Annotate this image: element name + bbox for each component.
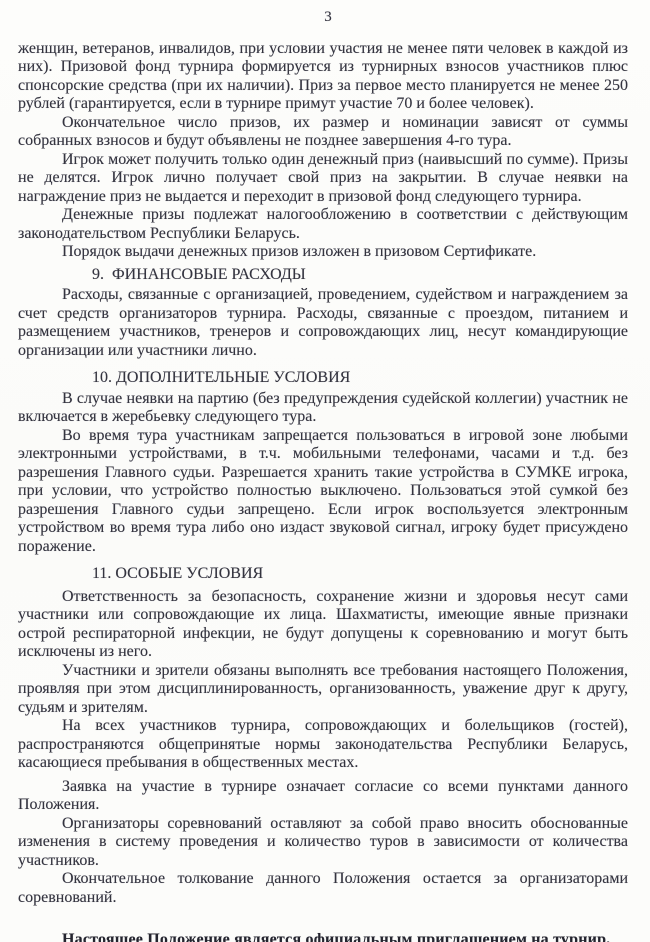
paragraph-prize-single: Игрок может получить только один денежны…: [18, 151, 628, 207]
paragraph-prize-certificate: Порядок выдачи денежных призов изложен в…: [18, 243, 628, 262]
paragraph-prize-count: Окончательное число призов, их размер и …: [18, 114, 628, 151]
paragraph-discipline: Участники и зрители обязаны выполнять вс…: [18, 662, 628, 718]
closing-statement: Настоящее Положение является официальным…: [18, 931, 628, 942]
section-heading-10-additional-conditions: 10. ДОПОЛНИТЕЛЬНЫЕ УСЛОВИЯ: [92, 369, 628, 388]
paragraph-no-show: В случае неявки на партию (без предупреж…: [18, 390, 628, 427]
paragraph-prize-continuation: женщин, ветеранов, инвалидов, при услови…: [18, 40, 628, 114]
paragraph-public-law: На всех участников турнира, сопровождающ…: [18, 717, 628, 773]
paragraph-prize-tax: Денежные призы подлежат налогообложению …: [18, 206, 628, 243]
paragraph-expenses: Расходы, связанные с организацией, прове…: [18, 286, 628, 360]
paragraph-final-interpretation: Окончательное толкование данного Положен…: [18, 870, 628, 907]
section-heading-9-financial-expenses: 9. ФИНАНСОВЫЕ РАСХОДЫ: [92, 266, 628, 285]
paragraph-electronic-devices: Во время тура участникам запрещается пол…: [18, 427, 628, 557]
scanned-document-page: 3 женщин, ветеранов, инвалидов, при усло…: [0, 0, 650, 942]
paragraph-application-consent: Заявка на участие в турнире означает сог…: [18, 778, 628, 815]
page-number: 3: [18, 8, 628, 27]
paragraph-safety-responsibility: Ответственность за безопасность, сохране…: [18, 588, 628, 662]
paragraph-organizers-rights: Организаторы соревнований оставляют за с…: [18, 815, 628, 871]
section-heading-11-special-conditions: 11. ОСОБЫЕ УСЛОВИЯ: [92, 565, 628, 584]
